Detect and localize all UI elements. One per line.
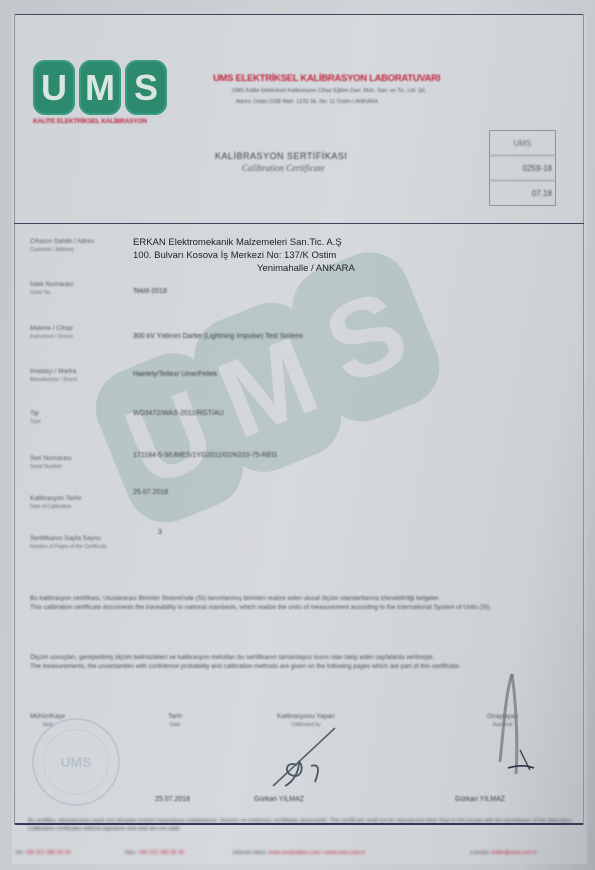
fax-label: faks: <box>125 850 137 856</box>
customer-street: 100. Bulvarı Kosova İş Merkezi No: 137/K… <box>133 249 355 262</box>
calibrator-name: Gürkan YILMAZ <box>254 796 304 803</box>
logo-letter-m: M <box>79 60 121 115</box>
field-label: Seri Numarası <box>30 455 72 462</box>
results-en: The measurements, the uncertainties with… <box>30 662 575 671</box>
field-label: Makine / Cihaz <box>30 325 73 332</box>
field-label: İmalatçı / Marka <box>30 368 77 375</box>
customer-address: ERKAN Elektromekanik Malzemeleri San.Tic… <box>133 236 355 275</box>
field-label-en: Serial Number <box>30 464 72 470</box>
ref-date-code: 07.18 <box>490 181 555 205</box>
field-label-en: Order No <box>30 290 74 296</box>
footer-disclaimer: Bu sertifika, laboratuvarın yazılı izni … <box>28 818 578 833</box>
results-tr: Ölçüm sonuçları, genişletilmiş ölçüm bel… <box>30 653 575 662</box>
tel-value: +90 312 385 05 26 <box>25 850 71 856</box>
ums-logo: U M S KALİTE ELEKTRİKSEL KALİBRASYON <box>33 60 173 125</box>
field-label-en: Number of Pages of the Certificate <box>30 544 107 550</box>
logo-letter-s: S <box>125 60 167 115</box>
field-value: 3 <box>158 529 162 536</box>
date-label: Tarih <box>168 713 182 720</box>
seal-label-en: Seal <box>30 722 65 728</box>
fax-value: +90 312 385 05 36 <box>138 850 184 856</box>
ref-certificate-number: 0259-18 <box>490 156 555 181</box>
email-link[interactable]: kalite@ums.com.tr <box>491 850 537 856</box>
field-label: İstek Numarası <box>30 281 74 288</box>
approver-signature <box>490 672 550 782</box>
field-value: 300 kV Yıldırım Darbe (Lightning Impulse… <box>133 333 303 340</box>
logo-tagline: KALİTE ELEKTRİKSEL KALİBRASYON <box>33 118 173 125</box>
customer-city: Yenimahalle / ANKARA <box>133 262 355 275</box>
field-label: Sertifikanın Sayfa Sayısı <box>30 535 107 542</box>
field-label: Kalibrasyon Tarihi <box>30 495 81 502</box>
signature-seal: Mühür/Kaşe Seal <box>30 713 65 728</box>
certificate-reference-box: UMS 0259-18 07.18 <box>489 130 556 206</box>
signature-date: Tarih Date <box>168 713 182 728</box>
email-label: e-posta: <box>470 850 490 856</box>
footer-web: internet sitesi: www.umskalibre.com / ww… <box>233 850 365 856</box>
seal-label: Mühür/Kaşe <box>30 713 65 720</box>
field-customer: Cihazın Sahibi / Adres Customer / Addres… <box>30 238 94 253</box>
field-label-en: Date of Calibration <box>30 504 81 510</box>
lab-address-line: Adres: Ostim OSB Mah. 1233 Sk. No: 11 Os… <box>236 99 378 105</box>
traceability-statement: Bu kalibrasyon sertifikası, Uluslararası… <box>30 594 575 613</box>
field-instrument: Makine / Cihaz Instrument / Device 300 k… <box>30 325 73 340</box>
web-label: internet sitesi: <box>233 850 267 856</box>
field-label-en: Instrument / Device <box>30 334 73 340</box>
web-link[interactable]: www.umskalibre.com / www.ums.com.tr <box>268 850 365 856</box>
field-serial-number: Seri Numarası Serial Number 171184-5-9/U… <box>30 455 72 470</box>
footer-email: e-posta: kalite@ums.com.tr <box>470 850 537 856</box>
ref-lab-code: UMS <box>490 131 555 156</box>
results-statement: Ölçüm sonuçları, genişletilmiş ölçüm bel… <box>30 653 575 672</box>
official-stamp: UMS <box>32 718 120 806</box>
field-value: Haefely/Tettex/ Ume/Peltek <box>133 371 217 378</box>
signature-date-value: 25.07.2018 <box>155 796 190 803</box>
footer-tel: tel: +90 312 385 05 26 <box>16 850 71 856</box>
date-label-en: Date <box>168 722 182 728</box>
calibrator-signature <box>255 720 345 790</box>
lab-company-line: UMS Kalite Elektriksel Kalibrasyon Cihaz… <box>232 88 426 94</box>
field-value: WD3472/WAS-2011/RGT/AU <box>133 410 224 417</box>
footer-fax: faks: +90 312 385 05 36 <box>125 850 184 856</box>
certificate-subtitle: Calibration Certificate <box>242 163 325 173</box>
logo-letter-u: U <box>33 60 75 115</box>
field-calibration-date: Kalibrasyon Tarihi Date of Calibration 2… <box>30 495 81 510</box>
field-label: Cihazın Sahibi / Adres <box>30 238 94 245</box>
field-label-en: Customer / Address <box>30 247 94 253</box>
field-value: 171184-5-9/UMES/1YG2011/02/K010-75-REG <box>133 452 277 459</box>
certificate-title: KALİBRASYON SERTİFİKASI <box>215 151 347 161</box>
field-order-no: İstek Numarası Order No Teklif-2018 <box>30 281 74 296</box>
field-label: Tip <box>30 410 41 417</box>
customer-name: ERKAN Elektromekanik Malzemeleri San.Tic… <box>133 236 355 249</box>
calibrated-by-label: Kalibrasyonu Yapan <box>277 713 335 720</box>
field-page-count: Sertifikanın Sayfa Sayısı Number of Page… <box>30 535 107 550</box>
field-value: Teklif-2018 <box>133 288 167 295</box>
traceability-en: This calibration certificate documents t… <box>30 603 575 612</box>
stamp-logo: UMS <box>43 729 109 795</box>
tel-label: tel: <box>16 850 23 856</box>
field-label-en: Type <box>30 419 41 425</box>
field-type: Tip Type WD3472/WAS-2011/RGT/AU <box>30 410 41 425</box>
approver-name: Gürkan YILMAZ <box>455 796 505 803</box>
lab-name: UMS ELEKTRİKSEL KALİBRASYON LABORATUVARI <box>213 73 440 84</box>
field-label-en: Manufacturer / Brand <box>30 377 77 383</box>
field-manufacturer: İmalatçı / Marka Manufacturer / Brand Ha… <box>30 368 77 383</box>
header-divider <box>14 223 584 224</box>
traceability-tr: Bu kalibrasyon sertifikası, Uluslararası… <box>30 594 575 603</box>
field-value: 25.07.2018 <box>133 489 168 496</box>
